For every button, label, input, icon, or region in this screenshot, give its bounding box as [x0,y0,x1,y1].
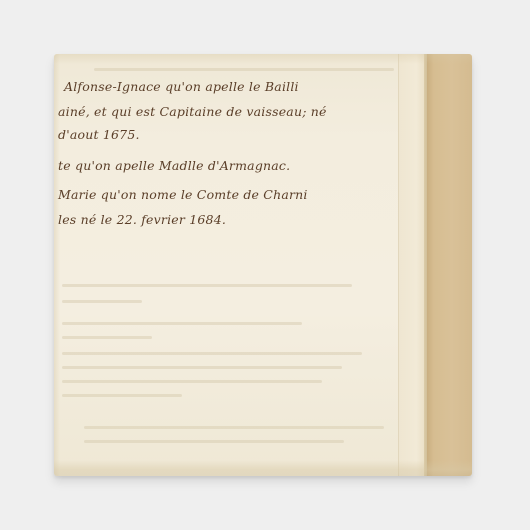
canvas-print: Alfonse-Ignace qu'on apelle le Bailli ai… [54,54,472,476]
canvas-left-edge [54,54,60,476]
bleed-through-text [62,394,182,397]
manuscript-line: Marie qu'on nome le Comte de Charni [58,187,308,202]
bleed-through-text [62,300,142,303]
product-mockup-scene: Alfonse-Ignace qu'on apelle le Bailli ai… [0,0,530,530]
bleed-through-text [84,426,384,429]
bleed-through-text [62,380,322,383]
manuscript-page: Alfonse-Ignace qu'on apelle le Bailli ai… [54,54,427,476]
bleed-through-text [62,322,302,325]
bleed-through-text [62,352,362,355]
manuscript-line: d'aout 1675. [58,127,140,142]
manuscript-line: ainé, et qui est Capitaine de vaisseau; … [58,104,327,119]
bleed-through-text [62,284,352,287]
manuscript-line: Alfonse-Ignace qu'on apelle le Bailli [64,79,299,94]
canvas-top-edge [54,54,472,64]
canvas-bottom-edge [54,460,472,476]
manuscript-line: les né le 22. fevrier 1684. [58,212,226,227]
bleed-through-text [62,366,342,369]
bleed-through-text [84,440,344,443]
bleed-through-text [94,68,394,71]
bleed-through-text [62,336,152,339]
manuscript-line: te qu'on apelle Madlle d'Armagnac. [58,158,290,173]
binding-strip [427,54,472,476]
